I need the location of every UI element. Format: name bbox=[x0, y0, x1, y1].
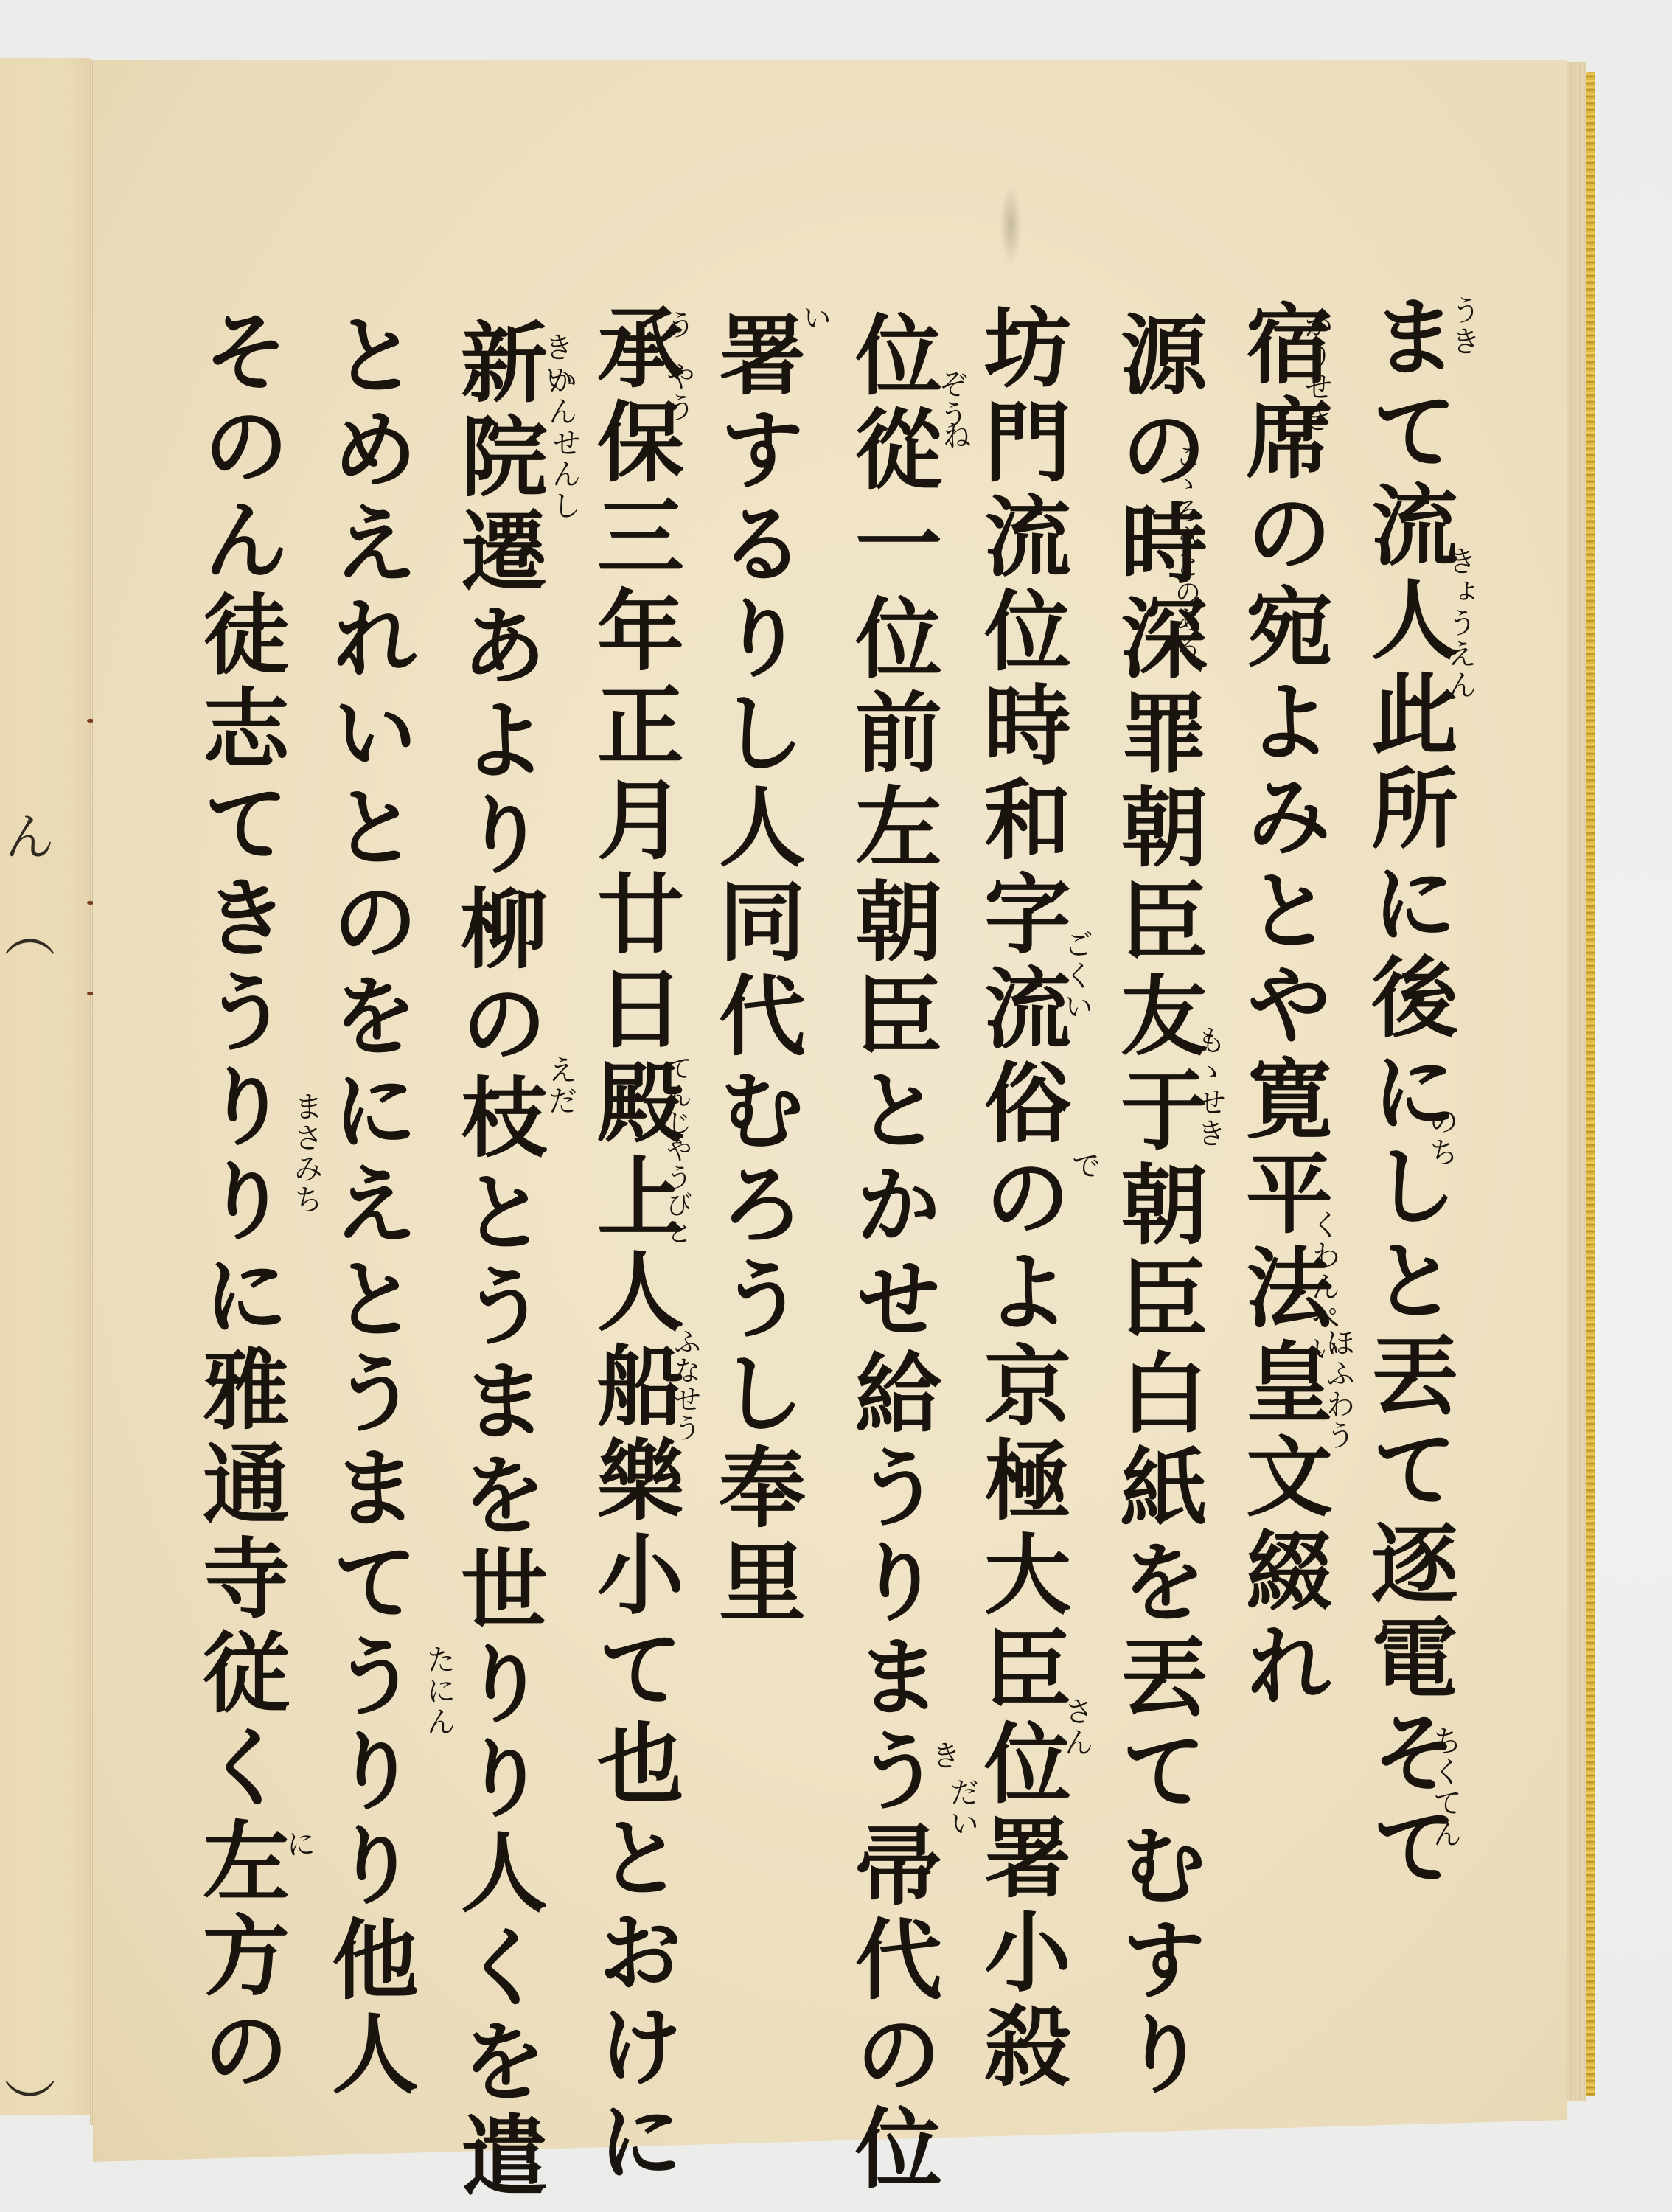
ruby-annotation: き bbox=[929, 1740, 958, 1771]
ruby-annotation: かん bbox=[546, 365, 575, 427]
ruby-annotation: のち bbox=[1427, 1106, 1456, 1168]
book-spread-photo: ん （ ） まて流人此所に後にしと丟て逐電そて 宿席の宛よみとや寛平法皇文綴れ … bbox=[0, 0, 1672, 2212]
ruby-annotation: う bbox=[663, 310, 693, 341]
text-column-1: まて流人此所に後にしと丟て逐電そて bbox=[1364, 291, 1451, 1896]
left-page-fragment: ん bbox=[0, 810, 52, 861]
ruby-annotation: ね bbox=[940, 420, 969, 451]
column-text: とめえれいとのをにえとうまてうりり他人 bbox=[317, 310, 419, 2103]
ruby-annotation: きょうえん bbox=[1445, 546, 1474, 700]
ruby-annotation: まさみち bbox=[291, 1091, 321, 1215]
text-column-9: とめえれいとのをにえとうまてうりり他人 bbox=[324, 310, 411, 2103]
ruby-annotation: かりせき bbox=[1301, 310, 1331, 434]
left-page-fragment: ） bbox=[0, 2078, 52, 2129]
left-page-fragment: （ bbox=[0, 905, 52, 957]
left-page: ん （ ） bbox=[0, 58, 91, 2115]
ruby-annotation: し bbox=[549, 490, 579, 521]
ruby-annotation: てんじやうびと bbox=[663, 1054, 690, 1245]
paper-smudge bbox=[1000, 184, 1022, 265]
ruby-annotation: ほふわう bbox=[1323, 1327, 1353, 1451]
ruby-annotation: だい bbox=[947, 1777, 977, 1839]
ruby-annotation: に bbox=[284, 1829, 313, 1860]
column-text: そのん徒志てきうりりに雅通寺従く左方の bbox=[188, 306, 290, 2099]
ruby-annotation: せん bbox=[549, 428, 579, 490]
ruby-annotation: で bbox=[1069, 1150, 1098, 1181]
text-column-2: 宿席の宛よみとや寛平法皇文綴れ bbox=[1239, 299, 1326, 1714]
text-column-4: 坊門流位時和字流俗のよ京極大臣位署小殺 bbox=[977, 302, 1064, 2096]
ruby-annotation: ちくてん bbox=[1430, 1725, 1460, 1849]
column-text: 署するりし人同代むろうし奉里 bbox=[704, 310, 807, 1631]
ruby-annotation: もゝせき bbox=[1194, 1025, 1224, 1149]
ruby-annotation: ふなせう bbox=[671, 1327, 699, 1442]
ruby-annotation: たにん bbox=[424, 1644, 453, 1737]
page-stack-edge bbox=[1567, 62, 1586, 2101]
ruby-annotation: こゝろもとのある bbox=[1172, 442, 1199, 661]
text-column-6: 署するりし人同代むろうし奉里 bbox=[711, 310, 798, 1631]
text-column-5: 位從一位前左朝臣とかせ給うりまう帚代の位 bbox=[848, 310, 935, 2197]
gilt-fore-edge bbox=[1586, 72, 1595, 2096]
spine-fold bbox=[90, 60, 93, 2125]
column-text: 坊門流位時和字流俗のよ京極大臣位署小殺 bbox=[969, 302, 1072, 2096]
text-column-10: そのん徒志てきうりりに雅通寺従く左方の bbox=[195, 306, 282, 2099]
ruby-annotation: やう bbox=[663, 361, 693, 423]
column-text: 承保三年正月廿日殿上人船樂小て也とおけに bbox=[582, 302, 685, 2190]
column-text: 宿席の宛よみとや寛平法皇文綴れ bbox=[1231, 299, 1334, 1714]
column-text: まて流人此所に後にしと丟て逐電そて bbox=[1356, 291, 1459, 1896]
text-column-7: 承保三年正月廿日殿上人船樂小て也とおけに bbox=[590, 302, 677, 2190]
column-text: 新院遷あより柳の枝とうまを世りり人くを遣 bbox=[446, 317, 548, 2205]
column-text: 位從一位前左朝臣とかせ給うりまう帚代の位 bbox=[840, 310, 943, 2197]
ruby-annotation: ごくい bbox=[1062, 929, 1091, 1022]
ruby-annotation: い bbox=[800, 302, 829, 333]
ruby-annotation: えだ bbox=[546, 1054, 575, 1116]
text-column-8: 新院遷あより柳の枝とうまを世りり人くを遣 bbox=[453, 317, 540, 2205]
ruby-annotation: さん bbox=[1062, 1696, 1091, 1758]
ruby-annotation: うき bbox=[1449, 295, 1478, 357]
